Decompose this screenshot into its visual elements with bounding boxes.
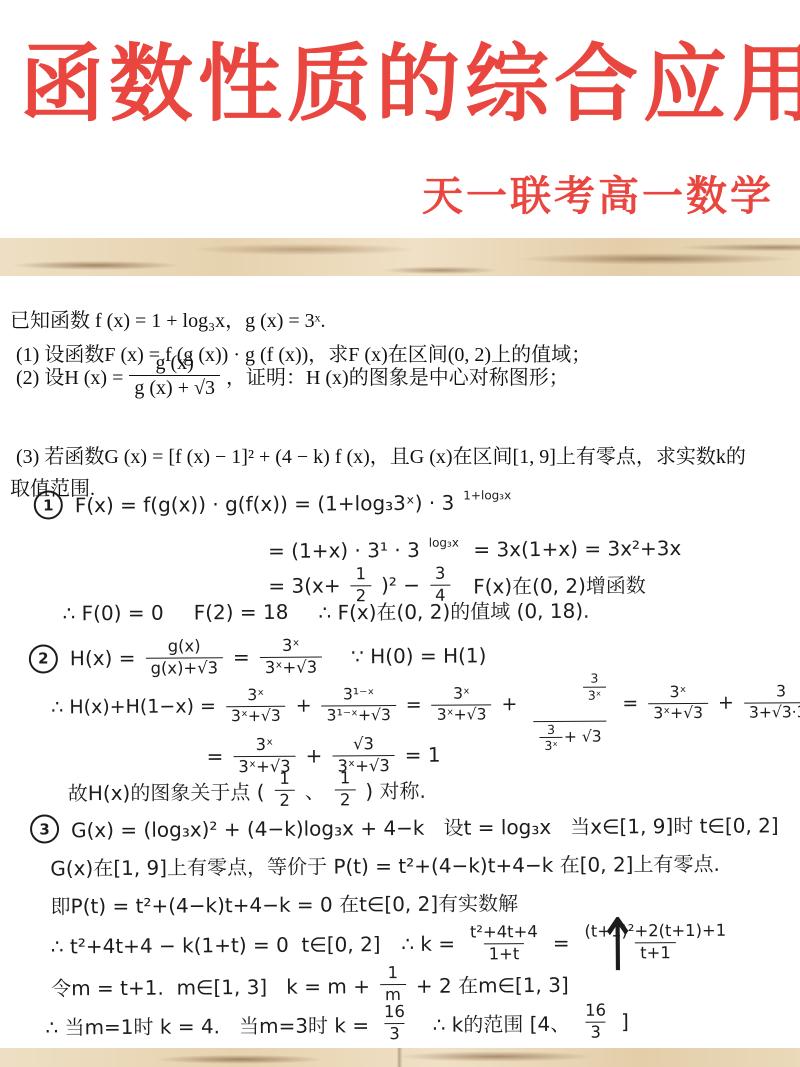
math-text: + √3	[564, 729, 602, 746]
fraction-numerator: 3	[771, 684, 791, 702]
solution-area: 1 F(x) = f(g(x)) · g(f(x)) = (1+log₃3ˣ) …	[0, 0, 800, 1067]
fraction: 3ˣ 3ˣ+√3	[226, 687, 286, 725]
fraction: 1 2	[274, 770, 295, 809]
fraction-denominator: 2	[274, 789, 295, 809]
step-marker: 2	[29, 644, 58, 673]
fraction: 3ˣ 3ˣ+√3	[648, 684, 708, 722]
fraction-denominator: 3	[585, 1021, 606, 1041]
math-text: 故H(x)的图象关于点 (	[68, 775, 265, 805]
complex-fraction: 3 3ˣ 3 3ˣ + √3	[527, 654, 613, 753]
fraction-denominator: 3ˣ+√3	[432, 704, 492, 724]
math-text: = 1	[405, 743, 441, 767]
fraction-denominator: 1+t	[484, 943, 525, 963]
solution-step-3-line-1: 3 G(x) = (log₃x)² + (4−k)log₃x + 4−k 设t …	[30, 809, 779, 843]
fraction-denominator: 3ˣ+√3	[648, 702, 708, 722]
fraction-numerator: 1	[383, 964, 404, 983]
math-text: G(x) = (log₃x)² + (4−k)log₃x + 4−k 设t = …	[71, 809, 779, 843]
math-text: =	[553, 931, 570, 955]
fraction-numerator: 16	[580, 1002, 611, 1021]
math-text: + 2 在m∈[1, 3]	[416, 968, 569, 998]
math-text: =	[233, 645, 250, 669]
fraction-denominator: 3ˣ	[583, 686, 607, 702]
math-text: ∴ t²+4t+4 − k(1+t) = 0 t∈[0, 2]	[51, 932, 381, 958]
fraction-numerator: 3¹⁻ˣ	[338, 687, 379, 705]
fraction-denominator: 3+√3·3ˣ	[744, 702, 800, 722]
fraction: 1 m	[380, 964, 406, 1003]
fraction: 3ˣ 3ˣ+√3	[260, 637, 323, 677]
fraction-numerator: g(x)	[163, 638, 206, 657]
solution-step-2-line-4: 故H(x)的图象关于点 ( 1 2 、 1 2 ) 对称.	[68, 768, 426, 812]
math-text: +	[501, 693, 517, 715]
math-text: = 3x(1+x) = 3x²+3x	[467, 536, 681, 561]
fraction-denominator: 3¹⁻ˣ+√3	[322, 705, 396, 725]
fraction-numerator: 3	[430, 565, 451, 584]
fraction-numerator: 1	[350, 566, 371, 585]
fraction: 16 3	[379, 1003, 410, 1042]
solution-step-3-line-3: 即P(t) = t²+(4−k)t+4−k = 0 在t∈[0, 2]有实数解	[50, 887, 518, 919]
solution-step-1-line-1: 1 F(x) = f(g(x)) · g(f(x)) = (1+log₃3ˣ) …	[34, 487, 512, 519]
math-text: ∵ H(0) = H(1)	[332, 643, 487, 668]
fraction-numerator: t²+4t+4	[465, 923, 543, 943]
math-text: 令m = t+1. m∈[1, 3] k = m +	[51, 970, 370, 1001]
math-text: )² −	[381, 573, 420, 597]
exponent: log₃x	[429, 536, 459, 550]
fraction: 3 3ˣ	[539, 722, 563, 753]
solution-step-3-line-2: G(x)在[1, 9]上有零点，等价于 P(t) = t²+(4−k)t+4−k…	[50, 848, 720, 882]
math-text: =	[206, 744, 223, 768]
math-text: 、	[305, 775, 325, 804]
fraction-denominator: 3ˣ+√3	[226, 705, 286, 725]
fraction-numerator: 3	[585, 672, 603, 687]
fraction: t²+4t+4 1+t	[465, 923, 543, 963]
fraction: 3 3ˣ	[583, 672, 607, 703]
fraction: 16 3	[580, 1002, 611, 1041]
fraction-numerator: 3ˣ	[277, 637, 305, 656]
fraction-denominator: 3ˣ+√3	[260, 656, 322, 676]
fraction-numerator: 3ˣ	[250, 736, 278, 755]
wood-divider-bottom	[0, 1048, 800, 1067]
fraction: 3 3+√3·3ˣ	[744, 683, 800, 721]
fraction: g(x) g(x)+√3	[145, 638, 223, 678]
arrow-up-icon: ↑	[597, 909, 639, 982]
math-text: ∴ 当m=1时 k = 4. 当m=3时 k =	[45, 1009, 369, 1040]
math-text: G(x)在[1, 9]上有零点，等价于 P(t) = t²+(4−k)t+4−k…	[50, 848, 720, 882]
fraction-numerator: 3ˣ	[242, 687, 269, 705]
math-text: = (1+x) · 3¹ · 3	[268, 538, 420, 563]
math-text: = 3(x+	[268, 573, 340, 598]
math-text: ∴ k =	[388, 932, 455, 956]
fraction-denominator: t+1	[635, 942, 676, 962]
math-text: F(x) = f(g(x)) · g(f(x)) = (1+log₃3ˣ) · …	[75, 490, 455, 517]
page: 函数性质的综合应用 天一联考高一数学 已知函数 f (x) = 1 + log₃…	[0, 0, 800, 1067]
fraction-denominator: 3	[384, 1022, 405, 1042]
math-text: =	[406, 694, 422, 716]
step-marker: 1	[34, 490, 63, 519]
math-text: ∴ F(x)在(0, 2)的值域 (0, 18).	[318, 595, 589, 626]
solution-step-1-line-4: ∴ F(0) = 0 F(2) = 18 ∴ F(x)在(0, 2)的值域 (0…	[62, 595, 589, 628]
fraction-numerator: 3ˣ	[665, 684, 692, 702]
fraction-denominator: 3ˣ	[539, 737, 563, 753]
fraction: 1 2	[335, 770, 356, 809]
fraction-numerator: 1	[274, 770, 295, 789]
math-text: +	[306, 744, 323, 768]
fraction-denominator: g(x)+√3	[145, 657, 223, 678]
fraction-denominator: 3 3ˣ + √3	[533, 720, 607, 753]
math-text: ∴ F(0) = 0	[62, 600, 163, 625]
math-text: H(x) =	[70, 646, 136, 670]
exponent: 1+log₃x	[463, 488, 511, 502]
fraction-numerator: 3	[542, 723, 560, 738]
fraction-numerator: 3 3ˣ	[527, 654, 612, 720]
fraction-numerator: 16	[379, 1003, 410, 1022]
fraction: 3¹⁻ˣ 3¹⁻ˣ+√3	[321, 686, 395, 724]
math-text: ∴ k的范围 [4、	[420, 1007, 570, 1037]
math-text: F(2) = 18	[194, 599, 289, 624]
solution-step-2-line-2: ∴ H(x)+H(1−x) = 3ˣ 3ˣ+√3 + 3¹⁻ˣ 3¹⁻ˣ+√3 …	[51, 673, 800, 736]
math-text: =	[622, 692, 638, 714]
fraction-denominator: 2	[335, 789, 356, 809]
fraction-numerator: 1	[335, 770, 356, 789]
math-text: ∴ H(x)+H(1−x) =	[51, 695, 216, 718]
step-marker: 3	[30, 814, 59, 843]
fraction-numerator: 3ˣ	[448, 686, 475, 704]
math-text: +	[296, 695, 312, 717]
math-text: ]	[621, 1009, 629, 1033]
solution-step-1-line-2: = (1+x) · 3¹ · 3log₃x = 3x(1+x) = 3x²+3x	[268, 536, 681, 563]
solution-step-3-line-6: ∴ 当m=1时 k = 4. 当m=3时 k = 16 3 ∴ k的范围 [4、…	[45, 998, 629, 1048]
fraction-numerator: √3	[348, 736, 379, 755]
math-text: ) 对称.	[365, 774, 426, 803]
math-text: 即P(t) = t²+(4−k)t+4−k = 0 在t∈[0, 2]有实数解	[50, 887, 518, 919]
fraction: 3ˣ 3ˣ+√3	[432, 686, 492, 724]
math-text: +	[718, 692, 734, 714]
